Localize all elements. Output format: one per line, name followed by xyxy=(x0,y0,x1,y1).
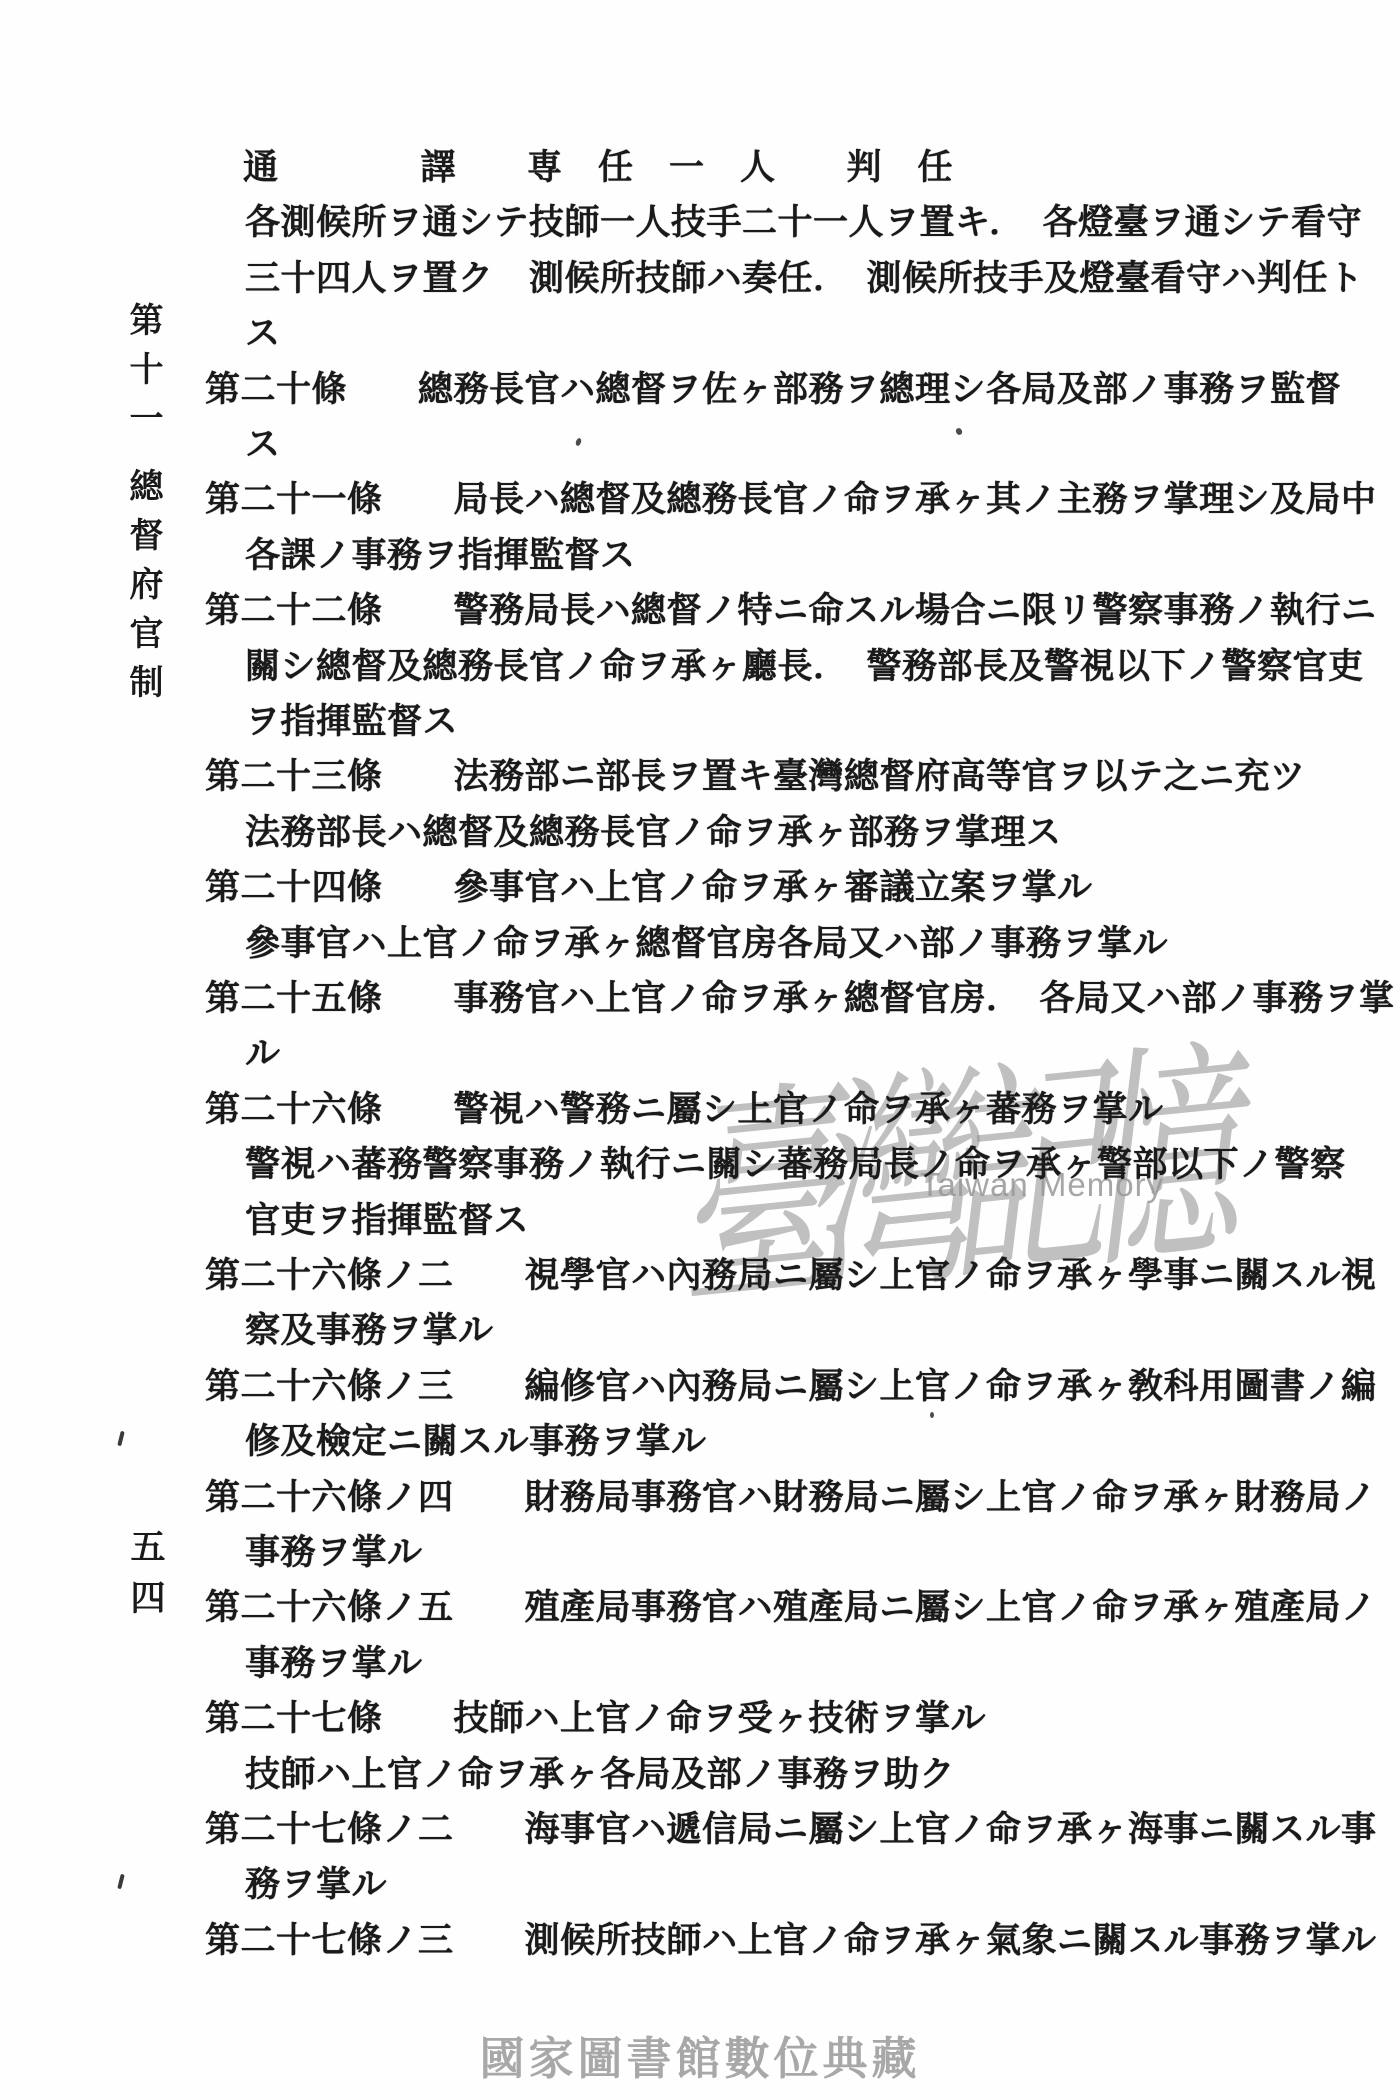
text-line: 修及檢定ニ關スル事務ヲ掌ル xyxy=(245,1421,707,1463)
article-line: 第二十七條ノ二 海事官ハ遞信局ニ屬シ上官ノ命ヲ承ヶ海事ニ關スル事 xyxy=(205,1809,1377,1851)
article-line: 第二十七條ノ三 測候所技師ハ上官ノ命ヲ承ヶ氣象ニ關スル事務ヲ掌ル xyxy=(205,1920,1377,1962)
text-line: 三十四人ヲ置ク 測候所技師ハ奏任． 測候所技手及燈臺看守ハ判任ト xyxy=(245,258,1364,300)
text-line: ス xyxy=(245,424,281,466)
archive-footer-banner: 國家圖書館數位典藏 xyxy=(0,2022,1400,2087)
article-line: 第二十條 總務長官ハ總督ヲ佐ヶ部務ヲ總理シ各局及部ノ事務ヲ監督 xyxy=(205,369,1341,411)
article-line: 第二十七條 技師ハ上官ノ命ヲ受ヶ技術ヲ掌ル xyxy=(205,1698,986,1740)
article-line: 第二十四條 參事官ハ上官ノ命ヲ承ヶ審議立案ヲ掌ル xyxy=(205,867,1093,909)
text-line: ル xyxy=(245,1033,281,1075)
scan-tick-mark xyxy=(117,1431,125,1447)
article-line: 第二十六條ノ三 編修官ハ內務局ニ屬シ上官ノ命ヲ承ヶ敎科用圖書ノ編 xyxy=(205,1366,1377,1408)
article-line: 第二十六條 警視ハ警務ニ屬シ上官ノ命ヲ承ヶ蕃務ヲ掌ル xyxy=(205,1089,1164,1131)
article-line: 第二十六條ノ二 視學官ハ內務局ニ屬シ上官ノ命ヲ承ヶ學事ニ關スル視 xyxy=(205,1255,1377,1297)
text-line: 各課ノ事務ヲ指揮監督ス xyxy=(245,535,636,577)
article-line: 第二十三條 法務部ニ部長ヲ置キ臺灣總督府高等官ヲ以テ之ニ充ツ xyxy=(205,756,1306,798)
text-line: 務ヲ掌ル xyxy=(245,1864,387,1906)
article-line: 第二十六條ノ四 財務局事務官ハ財務局ニ屬シ上官ノ命ヲ承ヶ財務局ノ xyxy=(205,1477,1377,1519)
text-line: 通 譯 専 任 一 人 判 任 xyxy=(243,147,953,189)
text-line: 官吏ヲ指揮監督ス xyxy=(245,1200,529,1242)
text-line: 察及事務ヲ掌ル xyxy=(245,1310,494,1352)
text-line: 參事官ハ上官ノ命ヲ承ヶ總督官房各局又ハ部ノ事務ヲ掌ル xyxy=(245,923,1168,965)
text-line: 法務部長ハ總督及總務長官ノ命ヲ承ヶ部務ヲ掌理ス xyxy=(245,812,1062,854)
text-line: 技師ハ上官ノ命ヲ承ヶ各局及部ノ事務ヲ助ク xyxy=(245,1754,955,1796)
article-line: 第二十一條 局長ハ總督及總務長官ノ命ヲ承ヶ其ノ主務ヲ掌理シ及局中 xyxy=(205,479,1377,521)
article-line: 第二十六條ノ五 殖產局事務官ハ殖產局ニ屬シ上官ノ命ヲ承ヶ殖產局ノ xyxy=(205,1587,1377,1629)
text-line: 事務ヲ掌ル xyxy=(245,1643,423,1685)
article-line: 第二十五條 事務官ハ上官ノ命ヲ承ヶ總督官房． 各局又ハ部ノ事務ヲ掌 xyxy=(205,978,1395,1020)
text-line: ヲ指揮監督ス xyxy=(245,701,458,743)
document-page: 臺灣記憶 Taiwan Memory 第十一 總督府官制 五四 通 譯 専 任 … xyxy=(0,0,1400,2100)
text-line: ス xyxy=(245,313,281,355)
text-line: 關シ總督及總務長官ノ命ヲ承ヶ廳長． 警務部長及警視以下ノ警察官吏 xyxy=(245,646,1364,688)
article-line: 第二十二條 警務局長ハ總督ノ特ニ命スル場合ニ限リ警察事務ノ執行ニ xyxy=(205,590,1377,632)
text-line: 各測候所ヲ通シテ技師一人技手二十一人ヲ置キ． 各燈臺ヲ通シテ看守 xyxy=(245,202,1362,244)
text-line: 事務ヲ掌ル xyxy=(245,1532,423,1574)
body-text: 通 譯 専 任 一 人 判 任各測候所ヲ通シテ技師一人技手二十一人ヲ置キ． 各燈… xyxy=(0,0,1400,2100)
text-line: 警視ハ蕃務警察事務ノ執行ニ關シ蕃務局長ノ命ヲ承ヶ警部以下ノ警察 xyxy=(245,1144,1346,1186)
scan-tick-mark xyxy=(117,1874,125,1890)
